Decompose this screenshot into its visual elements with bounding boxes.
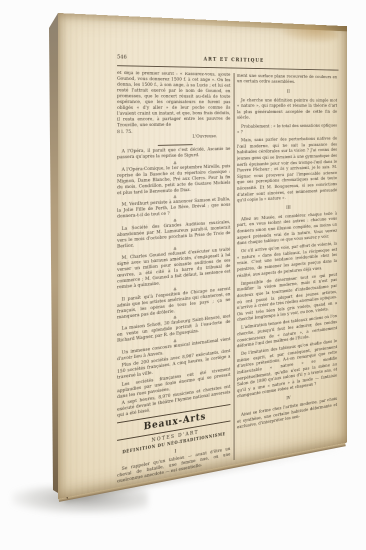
- article-end-paragraph: et déjà le premier sourit : « Rassurez-v…: [117, 71, 230, 129]
- author-signature: L'Ouvreuse.: [117, 134, 230, 142]
- text-columns: et déjà le premier sourit : « Rassurez-v…: [117, 71, 338, 483]
- left-column: et déjà le premier sourit : « Rassurez-v…: [117, 71, 230, 483]
- news-item: A l'Opéra-Comique, le 1er septembre Mire…: [117, 164, 230, 197]
- journal-page: 546 ART ET CRITIQUE et déjà le premier s…: [58, 13, 347, 499]
- column-divider-rule: [233, 73, 234, 460]
- section-end-rule: [158, 144, 193, 146]
- section-numeral-ii: II: [237, 88, 337, 95]
- article-paragraph: Je cherche une définition peintre du sim…: [237, 97, 337, 121]
- page-number: 546: [117, 55, 127, 62]
- article-paragraph: Probablement : « le total des sensations…: [237, 123, 337, 136]
- right-column: ment une surface plane recouverte de cou…: [237, 73, 337, 459]
- article-paragraph: Mais, sans parler des perturbations nati…: [237, 136, 337, 204]
- product-photo: 546 ART ET CRITIQUE et déjà le premier s…: [0, 0, 366, 550]
- continuation-paragraph: ment une surface plane recouverte de cou…: [237, 73, 337, 86]
